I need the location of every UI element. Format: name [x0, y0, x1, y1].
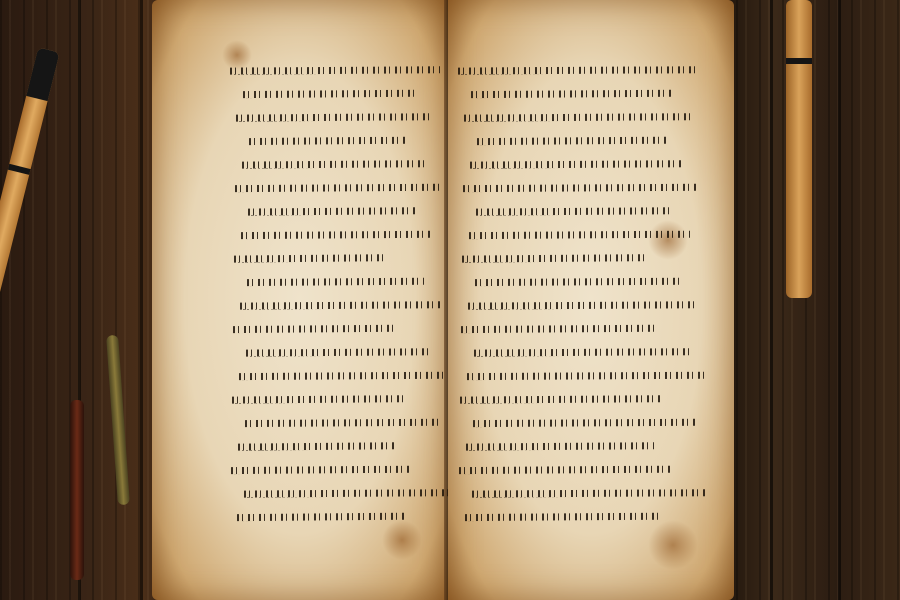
handwriting-line	[233, 321, 396, 335]
handwriting-line	[467, 368, 706, 382]
handwriting-line	[244, 485, 448, 499]
handwriting-line	[249, 133, 408, 147]
handwriting-line	[243, 86, 416, 100]
handwriting-line	[231, 462, 412, 476]
wooden-table	[0, 0, 900, 600]
left-page	[152, 0, 448, 600]
handwriting-line	[234, 250, 388, 264]
pen-cap	[26, 47, 59, 101]
stain	[648, 220, 688, 260]
handwriting-line	[235, 180, 440, 194]
handwriting-line	[472, 485, 706, 499]
handwriting-line	[470, 156, 682, 170]
handwriting-line	[460, 391, 662, 405]
handwriting-line	[237, 509, 404, 523]
handwriting-line	[230, 62, 440, 76]
stain	[648, 520, 698, 570]
handwriting-line	[232, 391, 404, 405]
handwriting-line	[459, 462, 670, 476]
plank-seam	[770, 0, 773, 600]
handwriting-line	[475, 274, 682, 288]
plank-seam	[838, 0, 841, 600]
plank-seam	[140, 0, 143, 600]
handwriting-line	[477, 133, 666, 147]
handwriting-line	[468, 297, 698, 311]
handwriting-line	[464, 109, 690, 123]
handwriting-line	[458, 62, 698, 76]
handwriting-line	[462, 250, 646, 264]
pen-band	[786, 58, 812, 64]
pen-band	[8, 164, 31, 175]
handwriting-line	[474, 344, 690, 358]
handwriting-line	[461, 321, 654, 335]
handwriting-line	[465, 509, 662, 523]
handwriting-line	[242, 156, 424, 170]
handwriting-line	[247, 274, 424, 288]
handwriting-line	[471, 86, 674, 100]
handwriting-line	[240, 297, 440, 311]
stain	[382, 520, 422, 560]
handwriting-line	[236, 109, 432, 123]
handwriting-line	[245, 415, 440, 429]
handwriting-line	[238, 438, 396, 452]
handwriting-line	[246, 344, 432, 358]
nib-pen-dark	[70, 400, 84, 580]
nib-pen-small	[106, 335, 130, 505]
right-page	[448, 0, 734, 600]
handwriting-line	[463, 180, 698, 194]
handwriting-line	[466, 438, 654, 452]
handwriting-line	[476, 203, 674, 217]
handwriting-line	[239, 368, 448, 382]
open-book	[148, 0, 738, 600]
stain	[222, 40, 252, 70]
handwriting-line	[473, 415, 698, 429]
wooden-pen-right	[786, 0, 812, 298]
wooden-pen-left	[0, 47, 60, 508]
handwriting-line	[248, 203, 416, 217]
handwriting-line	[241, 227, 432, 241]
